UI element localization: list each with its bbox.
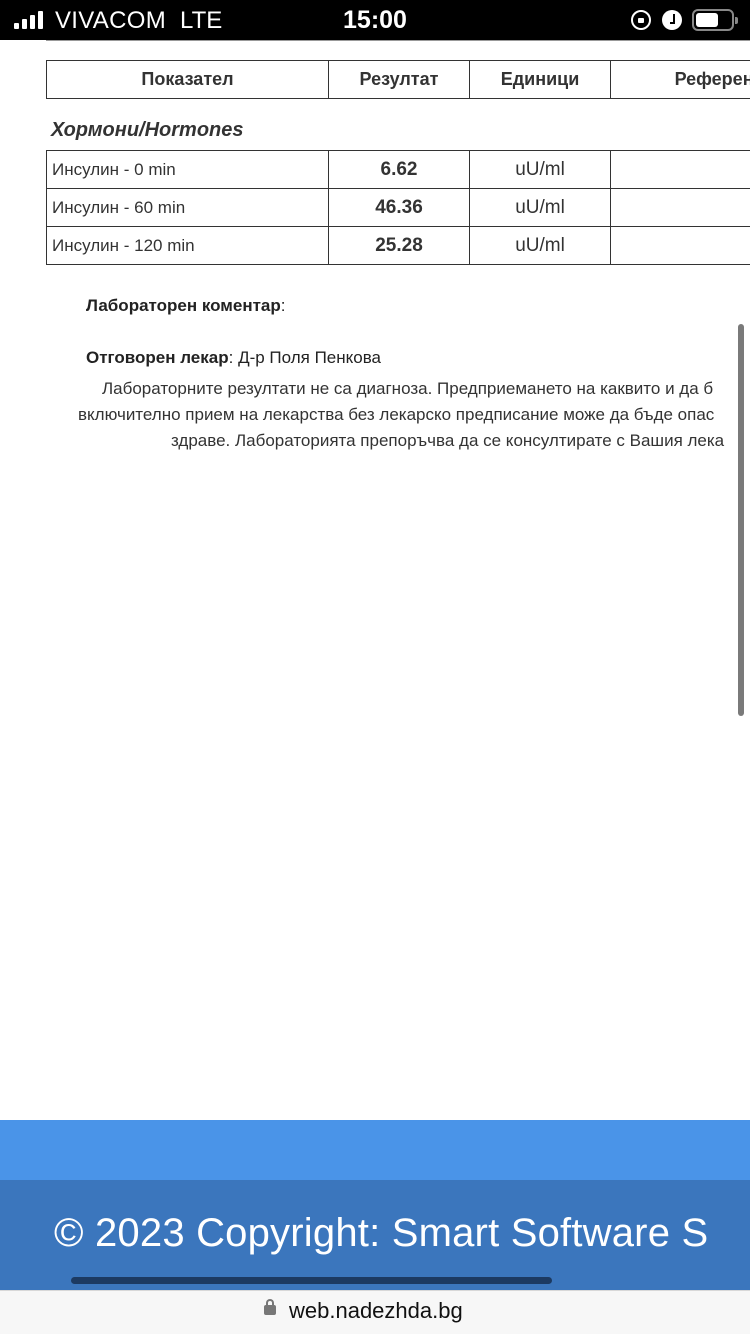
results-table-header: Показател Резултат Единици Референт [46,60,750,99]
test-name: Инсулин - 0 min [47,151,329,189]
column-header-units: Единици [470,61,611,99]
vertical-scrollbar[interactable] [738,324,744,716]
battery-icon [692,9,734,31]
orientation-lock-icon [631,10,651,30]
footer-band [0,1120,750,1180]
lab-comment: Лабораторен коментар: [86,296,286,316]
footer: © 2023 Copyright: Smart Software S [0,1180,750,1292]
address-bar[interactable]: web.nadezhda.bg [0,1290,750,1334]
table-row: Инсулин - 0 min 6.62 uU/ml < [47,151,750,189]
table-row: Инсулин - 60 min 46.36 uU/ml 18 - [47,189,750,227]
results-table: Инсулин - 0 min 6.62 uU/ml < Инсулин - 6… [46,150,750,265]
doctor-label: Отговорен лекар [86,348,229,367]
test-result: 46.36 [329,189,470,227]
test-unit: uU/ml [470,227,611,265]
copyright-text: © 2023 Copyright: Smart Software S [54,1211,708,1256]
test-name: Инсулин - 120 min [47,227,329,265]
horizontal-scrollbar[interactable] [71,1277,552,1284]
test-name: Инсулин - 60 min [47,189,329,227]
disclaimer-line: включително прием на лекарства без лекар… [78,402,714,428]
test-result: 6.62 [329,151,470,189]
test-reference: 16 - [611,227,750,265]
test-reference: 18 - [611,189,750,227]
column-header-reference: Референт [611,61,750,99]
test-reference: < [611,151,750,189]
disclaimer-line: здраве. Лабораторията препоръчва да се к… [171,428,724,454]
column-header-result: Резултат [329,61,470,99]
test-unit: uU/ml [470,189,611,227]
page-content: Показател Резултат Единици Референт Хорм… [0,40,750,1120]
section-title: Хормони/Hormones [51,119,244,142]
lab-comment-label: Лабораторен коментар [86,296,281,315]
lock-icon [264,1305,276,1315]
table-row: Инсулин - 120 min 25.28 uU/ml 16 - [47,227,750,265]
disclaimer-line: Лабораторните резултати не са диагноза. … [102,376,713,402]
doctor-name: Д-р Поля Пенкова [238,348,381,367]
test-result: 25.28 [329,227,470,265]
lab-comment-colon: : [281,296,286,315]
status-bar: VIVACOM LTE 15:00 [0,0,750,40]
column-header-indicator: Показател [47,61,329,99]
doctor-colon: : [229,348,238,367]
url-text[interactable]: web.nadezhda.bg [289,1298,463,1324]
divider [46,40,750,41]
responsible-doctor: Отговорен лекар: Д-р Поля Пенкова [86,348,381,368]
test-unit: uU/ml [470,151,611,189]
alarm-icon [662,10,682,30]
